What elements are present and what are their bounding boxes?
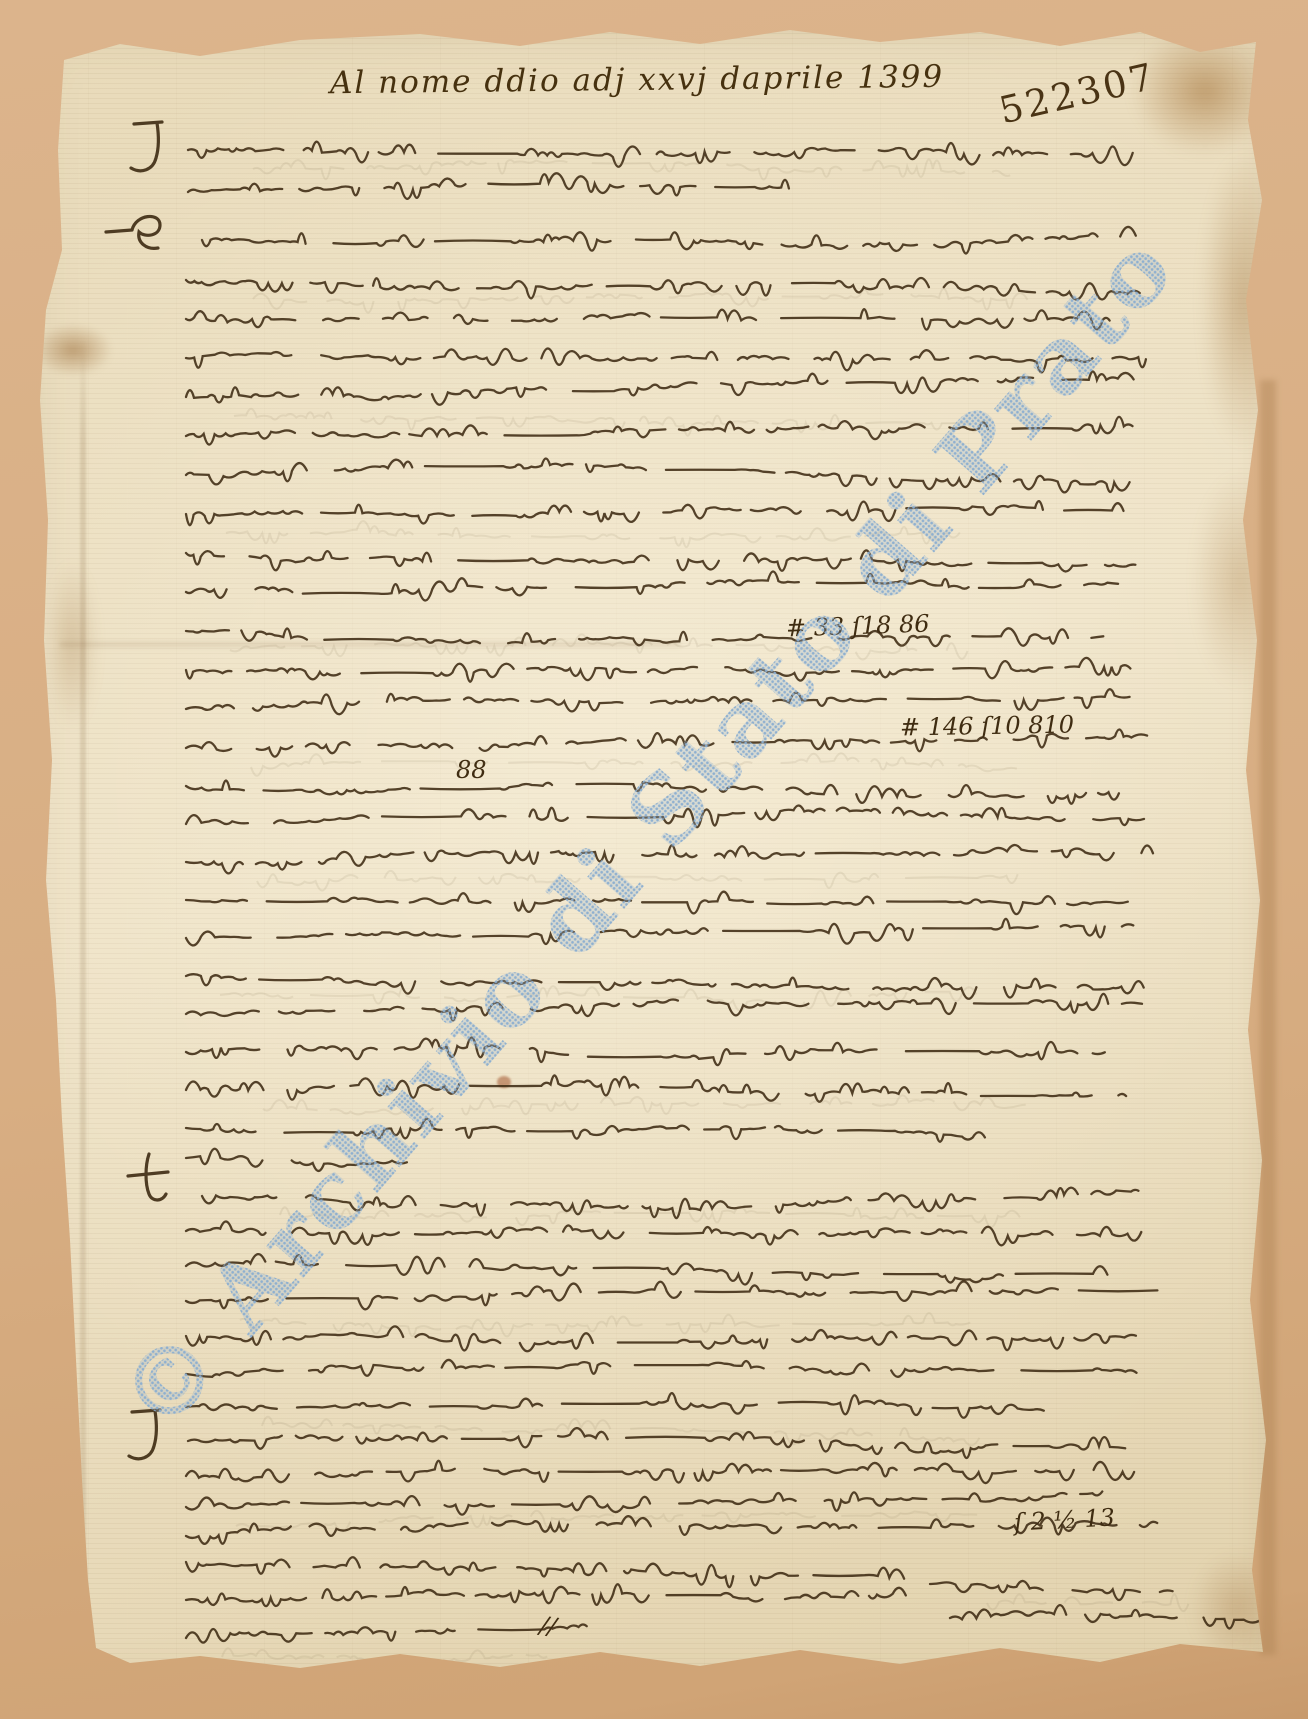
manuscript-scan: Al nome ddio adj xxvj daprile 1399 52230…: [0, 0, 1308, 1719]
paper-sheet: Al nome ddio adj xxvj daprile 1399 52230…: [0, 0, 1308, 1719]
paragraph-mark-stroke: [128, 1154, 168, 1200]
paragraph-mark-j-bracket: [120, 1406, 184, 1468]
paragraph-marks: [0, 0, 1308, 1719]
paragraph-mark-dash-loop: [104, 208, 168, 270]
paragraph-mark-stroke: [106, 216, 160, 248]
paragraph-mark-stroke: [129, 1410, 160, 1459]
paragraph-mark-j-bracket: [122, 118, 186, 180]
paragraph-mark-stroke: [131, 122, 162, 171]
paragraph-mark-t-bar: [120, 1152, 184, 1214]
